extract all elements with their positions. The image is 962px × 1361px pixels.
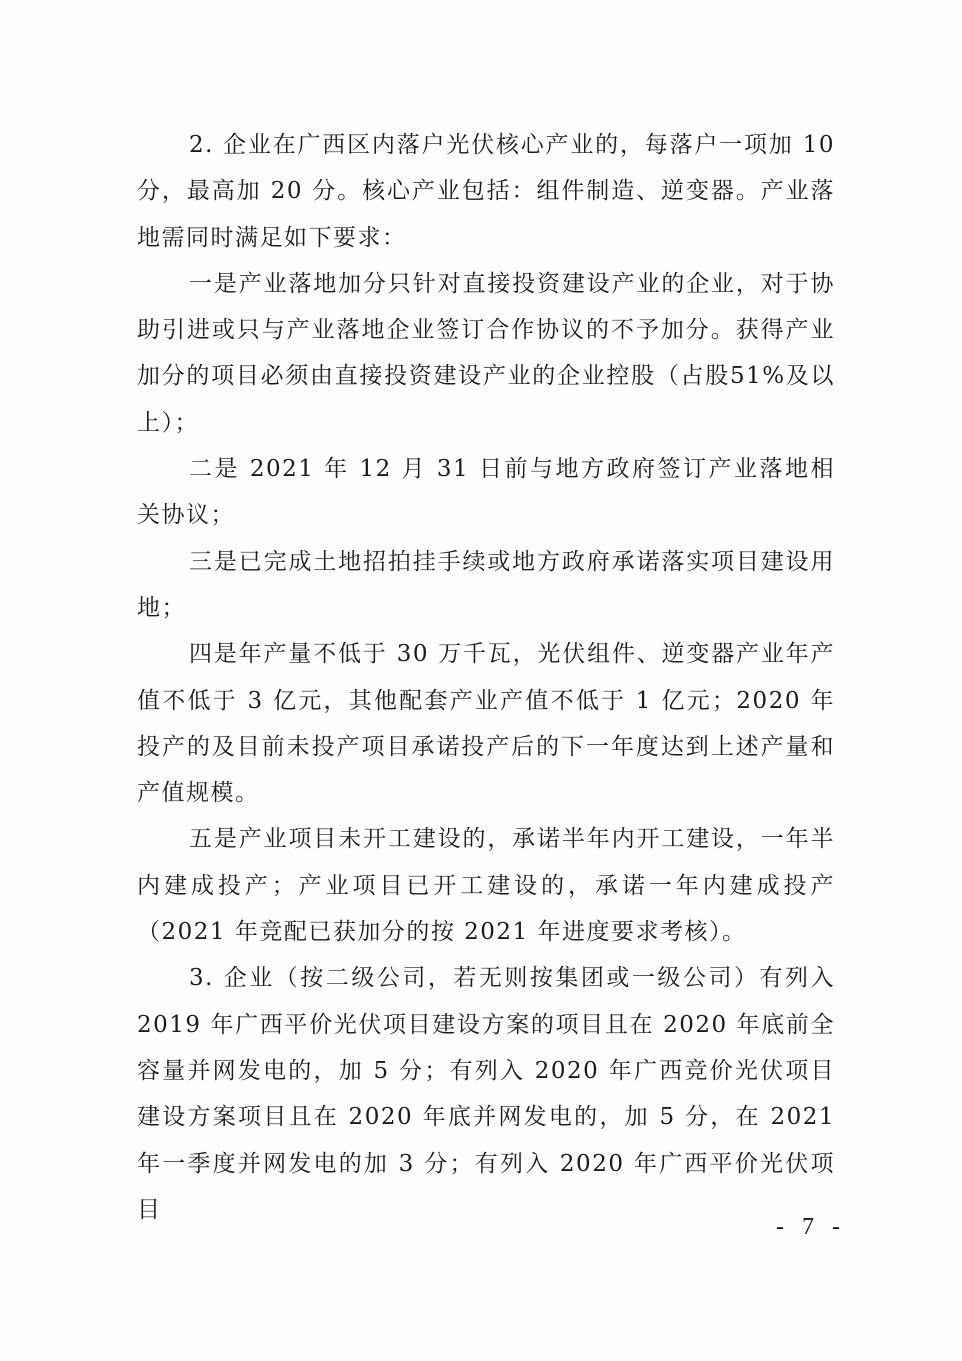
paragraph-requirement-5: 五是产业项目未开工建设的，承诺半年内开工建设，一年半内建成投产；产业项目已开工建… (137, 816, 835, 955)
paragraph-requirement-2: 二是 2021 年 12 月 31 日前与地方政府签订产业落地相关协议； (137, 446, 835, 539)
page-number: - 7 - (776, 1214, 846, 1241)
paragraph-requirement-1: 一是产业落地加分只针对直接投资建设产业的企业，对于协助引进或只与产业落地企业签订… (137, 261, 835, 446)
paragraph-item-3: 3. 企业（按二级公司，若无则按集团或一级公司）有列入 2019 年广西平价光伏… (137, 955, 835, 1233)
document-page: 2. 企业在广西区内落户光伏核心产业的，每落户一项加 10 分，最高加 20 分… (0, 0, 962, 1361)
paragraph-item-2: 2. 企业在广西区内落户光伏核心产业的，每落户一项加 10 分，最高加 20 分… (137, 122, 835, 261)
paragraph-requirement-3: 三是已完成土地招拍挂手续或地方政府承诺落实项目建设用地； (137, 539, 835, 632)
paragraph-requirement-4: 四是年产量不低于 30 万千瓦，光伏组件、逆变器产业年产值不低于 3 亿元，其他… (137, 631, 835, 816)
document-body: 2. 企业在广西区内落户光伏核心产业的，每落户一项加 10 分，最高加 20 分… (137, 122, 835, 1233)
